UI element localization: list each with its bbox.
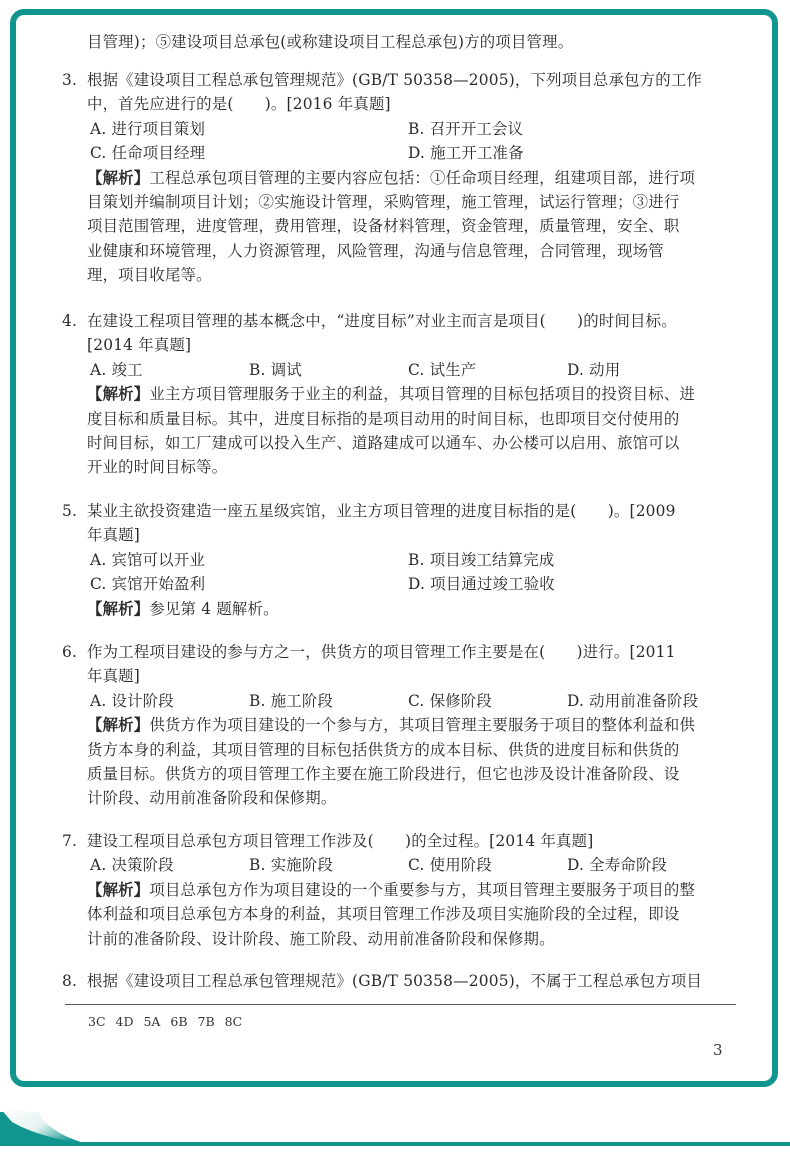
analysis-label: 【解析】 [87,385,149,403]
footnote-divider [65,1004,736,1005]
question-stem-line: 建设工程项目总承包方项目管理工作涉及( )的全过程。[2014 年真题] [62,829,738,853]
option-b: B. 项目竣工结算完成 [408,548,554,572]
question-stem-line: [2014 年真题] [62,333,738,357]
option-b: B. 施工阶段 [249,689,408,713]
option-a: A. 竣工 [90,358,249,382]
options-row: C. 宾馆开始盈利 D. 项目通过竣工验收 [62,572,738,596]
analysis-text: 工程总承包项目管理的主要内容应包括：①任命项目经理，组建项目部，进行项 [149,169,695,187]
option-d: D. 施工开工准备 [408,141,524,165]
analysis-line: 【解析】参见第 4 题解析。 [62,597,738,621]
analysis-line: 计阶段、动用前准备阶段和保修期。 [62,786,738,810]
question-7: 7. 建设工程项目总承包方项目管理工作涉及( )的全过程。[2014 年真题] … [62,829,738,951]
analysis-line: 度目标和质量目标。其中，进度目标指的是项目动用的时间目标，也即项目交付使用的 [62,407,738,431]
analysis-label: 【解析】 [87,600,149,618]
option-a: A. 决策阶段 [90,853,249,877]
question-number: 4. [62,309,77,333]
question-stem-line: 根据《建设项目工程总承包管理规范》(GB/T 50358—2005)，下列项目总… [62,68,738,92]
question-stem-line: 年真题] [62,664,738,688]
option-c: C. 任命项目经理 [90,141,408,165]
analysis-label: 【解析】 [87,716,149,734]
question-6: 6. 作为工程项目建设的参与方之一，供货方的项目管理工作主要是在( )进行。[2… [62,640,738,811]
analysis-text: 项目总承包方作为项目建设的一个重要参与方，其项目管理主要服务于项目的整 [149,881,695,899]
options-row: A. 决策阶段 B. 实施阶段 C. 使用阶段 D. 全寿命阶段 [62,853,738,877]
analysis-line: 【解析】业主方项目管理服务于业主的利益，其项目管理的目标包括项目的投资目标、进 [62,382,738,406]
option-d: D. 动用 [567,358,620,382]
option-b: B. 实施阶段 [249,853,408,877]
option-d: D. 全寿命阶段 [567,853,667,877]
question-number: 6. [62,640,77,664]
bottom-rule [0,1142,790,1146]
analysis-line: 开业的时间目标等。 [62,455,738,479]
analysis-line: 【解析】项目总承包方作为项目建设的一个重要参与方，其项目管理主要服务于项目的整 [62,878,738,902]
option-a: A. 进行项目策划 [90,117,408,141]
analysis-text: 业主方项目管理服务于业主的利益，其项目管理的目标包括项目的投资目标、进 [149,385,695,403]
options-row: A. 竣工 B. 调试 C. 试生产 D. 动用 [62,358,738,382]
analysis-line: 项目范围管理，进度管理，费用管理，设备材料管理，资金管理，质量管理，安全、职 [62,214,738,238]
answer-key: 3C 4D 5A 6B 7B 8C [88,1014,242,1029]
question-stem-line: 中，首先应进行的是( )。[2016 年真题] [62,92,738,116]
options-row: C. 任命项目经理 D. 施工开工准备 [62,141,738,165]
analysis-label: 【解析】 [87,169,149,187]
option-c: C. 试生产 [408,358,567,382]
question-number: 3. [62,68,77,92]
page-number: 3 [713,1041,723,1059]
analysis-text: 参见第 4 题解析。 [149,600,278,618]
question-number: 5. [62,499,77,523]
option-c: C. 宾馆开始盈利 [90,572,408,596]
question-3: 3. 根据《建设项目工程总承包管理规范》(GB/T 50358—2005)，下列… [62,68,738,288]
analysis-line: 理，项目收尾等。 [62,263,738,287]
option-a: A. 设计阶段 [90,689,249,713]
question-stem-line: 作为工程项目建设的参与方之一，供货方的项目管理工作主要是在( )进行。[2011 [62,640,738,664]
analysis-label: 【解析】 [87,881,149,899]
option-b: B. 召开开工会议 [408,117,523,141]
question-stem-line: 年真题] [62,523,738,547]
analysis-line: 计前的准备阶段、设计阶段、施工阶段、动用前准备阶段和保修期。 [62,927,738,951]
analysis-line: 目策划并编制项目计划；②实施设计管理，采购管理，施工管理，试运行管理；③进行 [62,190,738,214]
option-b: B. 调试 [249,358,408,382]
option-d: D. 动用前准备阶段 [567,689,698,713]
question-stem-line: 在建设工程项目管理的基本概念中，“进度目标”对业主而言是项目( )的时间目标。 [62,309,738,333]
question-number: 7. [62,829,77,853]
question-8: 8. 根据《建设项目工程总承包管理规范》(GB/T 50358—2005)，不属… [62,969,738,993]
analysis-line: 体利益和项目总承包方本身的利益，其项目管理工作涉及项目实施阶段的全过程，即设 [62,902,738,926]
analysis-line: 业健康和环境管理，人力资源管理，风险管理，沟通与信息管理，合同管理，现场管 [62,239,738,263]
question-stem-line: 根据《建设项目工程总承包管理规范》(GB/T 50358—2005)，不属于工程… [62,969,738,993]
option-c: C. 保修阶段 [408,689,567,713]
options-row: A. 宾馆可以开业 B. 项目竣工结算完成 [62,548,738,572]
analysis-line: 时间目标，如工厂建成可以投入生产、道路建成可以通车、办公楼可以启用、旅馆可以 [62,431,738,455]
analysis-text: 供货方作为项目建设的一个参与方，其项目管理主要服务于项目的整体利益和供 [149,716,695,734]
option-d: D. 项目通过竣工验收 [408,572,555,596]
analysis-line: 货方本身的利益，其项目管理的目标包括供货方的成本目标、供货的进度目标和供货的 [62,738,738,762]
analysis-line: 【解析】工程总承包项目管理的主要内容应包括：①任命项目经理，组建项目部，进行项 [62,166,738,190]
question-stem-line: 某业主欲投资建造一座五星级宾馆，业主方项目管理的进度目标指的是( )。[2009 [62,499,738,523]
options-row: A. 进行项目策划 B. 召开开工会议 [62,117,738,141]
analysis-line: 质量目标。供货方的项目管理工作主要在施工阶段进行，但它也涉及设计准备阶段、设 [62,762,738,786]
analysis-line: 【解析】供货方作为项目建设的一个参与方，其项目管理主要服务于项目的整体利益和供 [62,713,738,737]
option-a: A. 宾馆可以开业 [90,548,408,572]
continuation-text: 目管理)；⑤建设项目总承包(或称建设项目工程总承包)方的项目管理。 [62,30,573,54]
page-curl-icon [0,1098,90,1146]
question-number: 8. [62,969,77,993]
options-row: A. 设计阶段 B. 施工阶段 C. 保修阶段 D. 动用前准备阶段 [62,689,738,713]
option-c: C. 使用阶段 [408,853,567,877]
question-4: 4. 在建设工程项目管理的基本概念中，“进度目标”对业主而言是项目( )的时间目… [62,309,738,480]
question-5: 5. 某业主欲投资建造一座五星级宾馆，业主方项目管理的进度目标指的是( )。[2… [62,499,738,621]
